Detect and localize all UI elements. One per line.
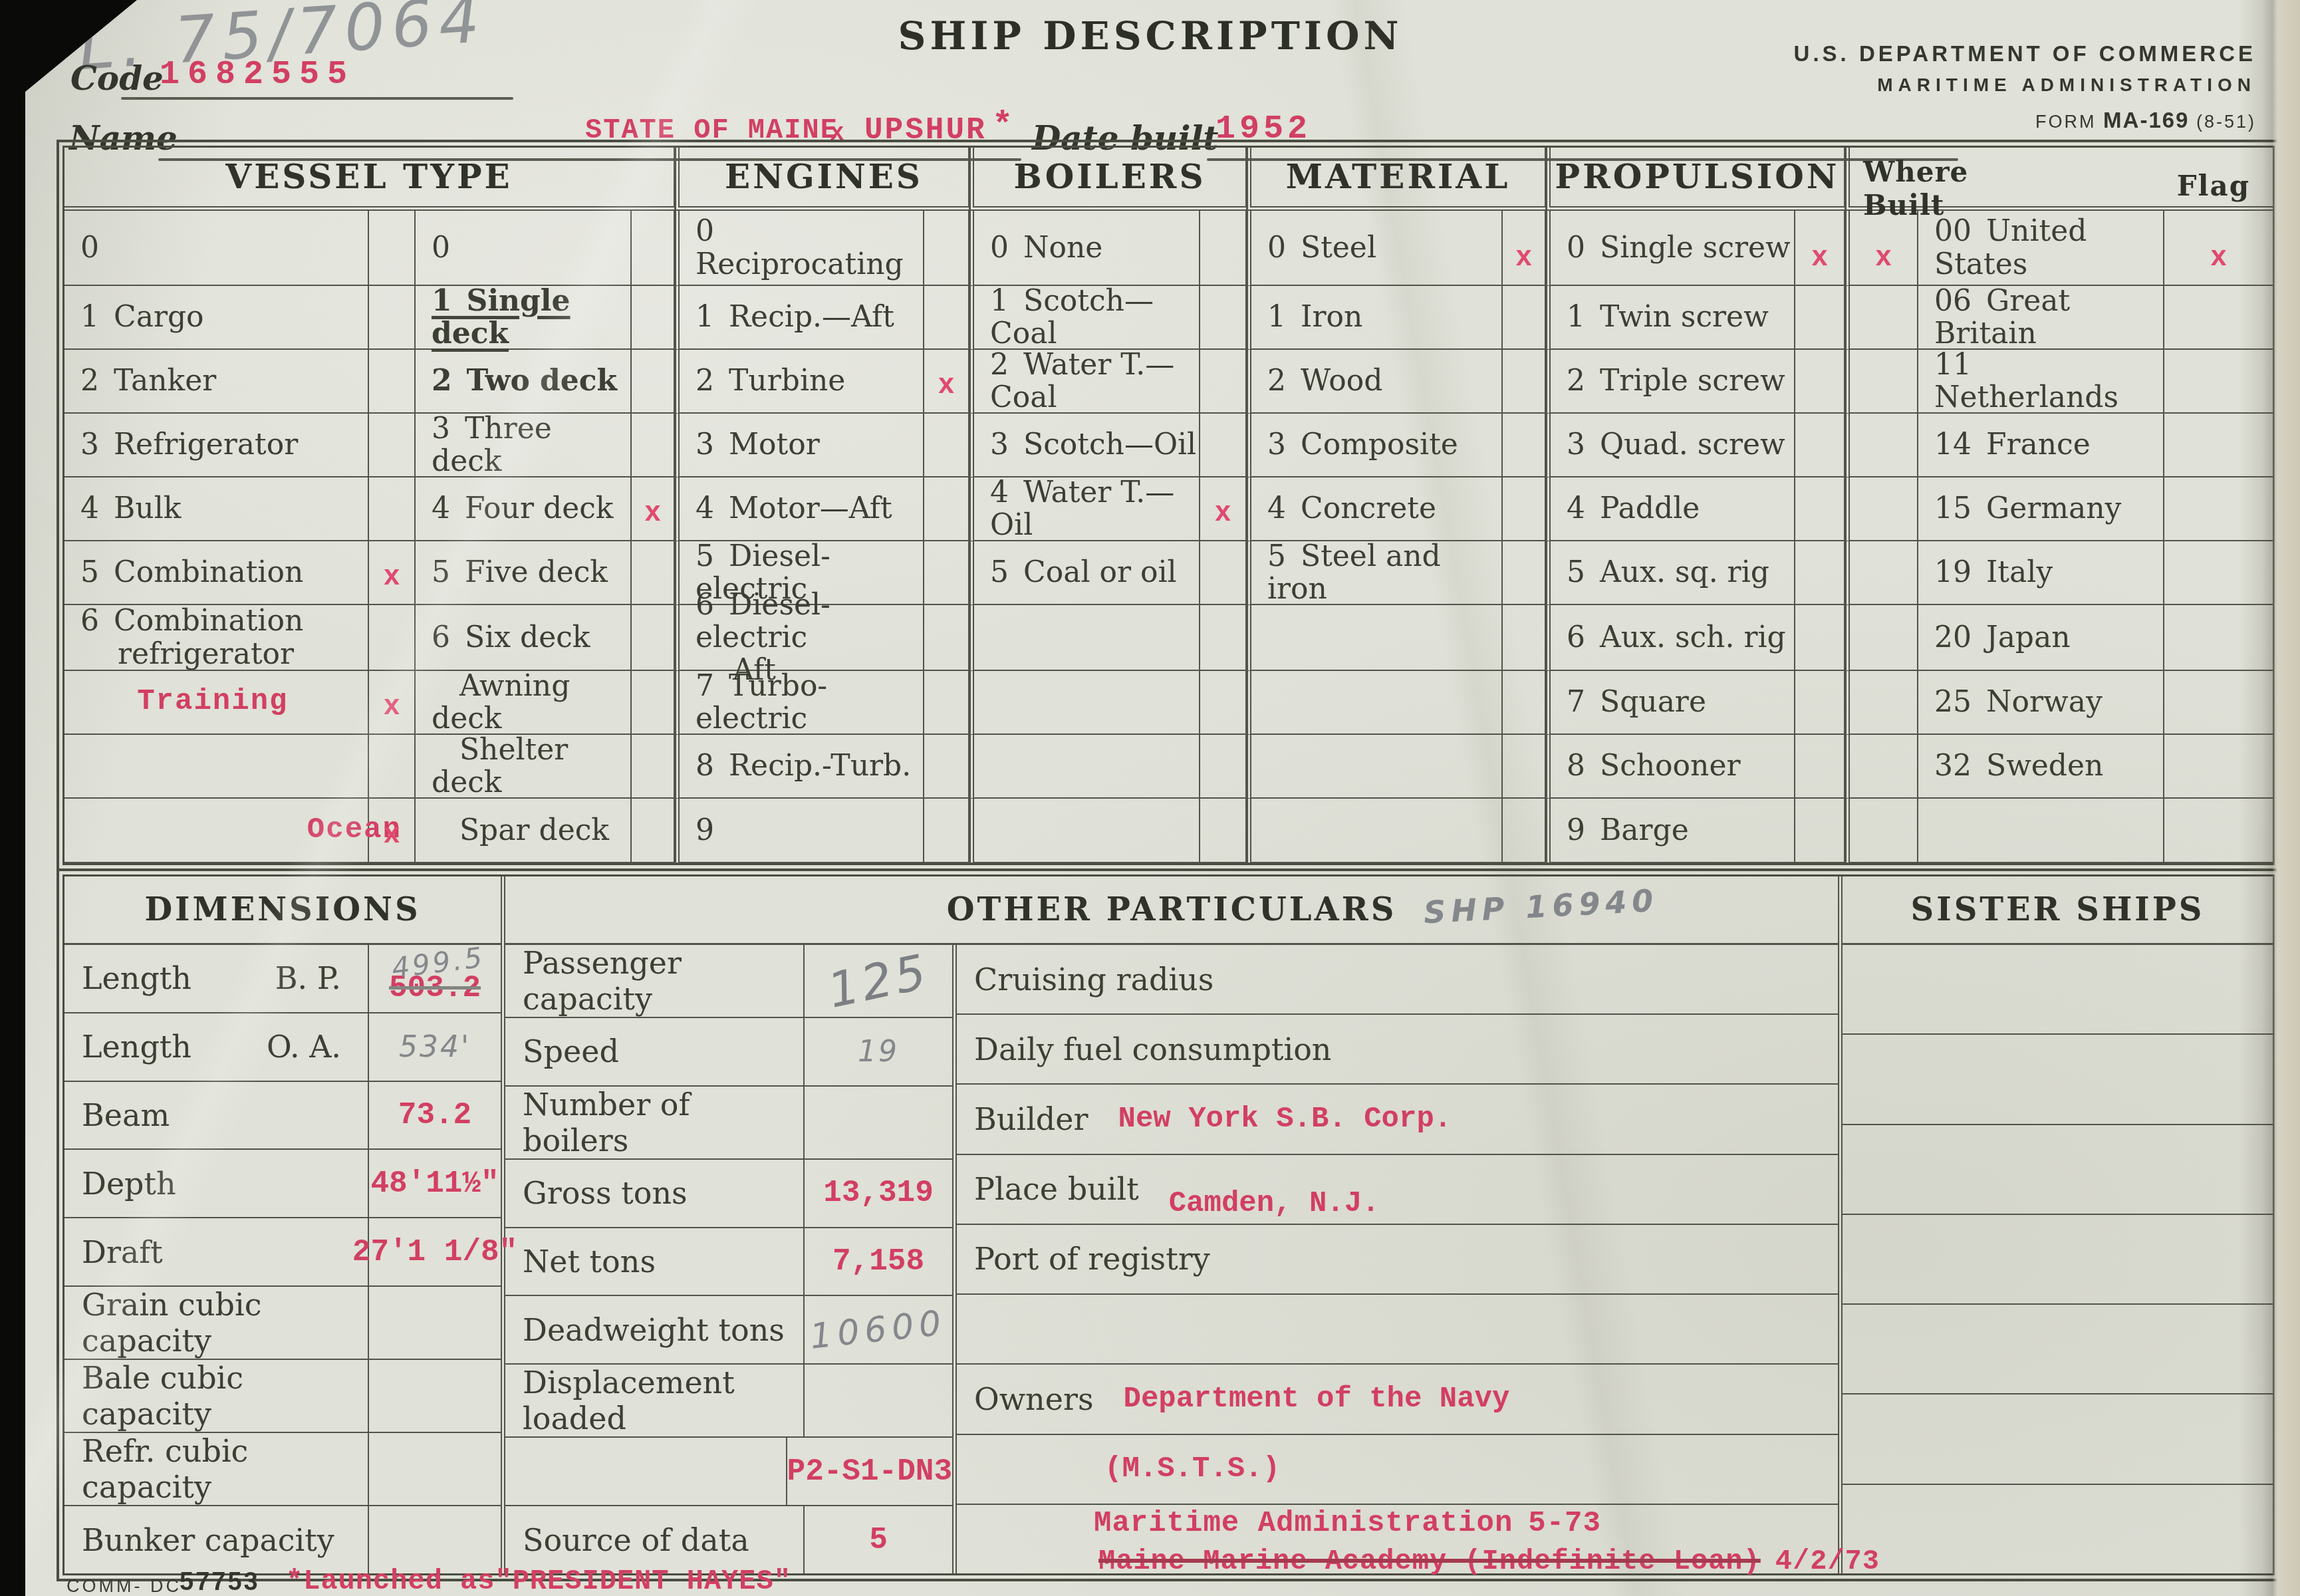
propulsion-type-cell: 3 Quad. screw bbox=[1546, 414, 1795, 477]
vessel-type-checkmark bbox=[369, 350, 416, 414]
dimension-label: Length bbox=[82, 960, 192, 996]
form-number-line: FORM MA-169 (8-51) bbox=[1794, 108, 2256, 133]
right-particular-label: Cruising radius bbox=[974, 962, 1214, 997]
vessel-type-checkmark bbox=[369, 211, 416, 286]
right-particulars-row: Place built Camden, N.J. bbox=[957, 1155, 1838, 1225]
form-content: L. 75/7064 SHIP DESCRIPTION U.S. DEPARTM… bbox=[25, 0, 2300, 1596]
where-built-checkmark bbox=[1845, 671, 1918, 735]
where-built-checkmark bbox=[1845, 286, 1918, 350]
dimension-value-cell bbox=[369, 1287, 501, 1359]
form-number: MA-169 bbox=[2103, 108, 2189, 132]
material-type-cell bbox=[1247, 605, 1503, 671]
dimension-label: Length bbox=[82, 1029, 192, 1065]
right-typed-value: Camden, N.J. bbox=[1169, 1187, 1380, 1220]
mid-particulars-row: P2-S1-DN3 bbox=[505, 1438, 952, 1506]
right-typed-value: New York S.B. Corp. bbox=[1118, 1103, 1452, 1136]
vessel-type-cell bbox=[64, 735, 369, 799]
dimensions-row: Refr. cubic capacity bbox=[64, 1433, 501, 1506]
engine-checkmark bbox=[924, 286, 969, 350]
material-checkmark bbox=[1503, 541, 1546, 605]
col-header-engines: ENGINES bbox=[675, 148, 969, 211]
sister-ship-row bbox=[1843, 1305, 2273, 1395]
col-header-propulsion: PROPULSION bbox=[1546, 148, 1845, 211]
vessel-type-checkmark: x bbox=[369, 541, 416, 605]
sister-ship-row bbox=[1843, 1215, 2273, 1305]
sister-ship-row bbox=[1843, 1125, 2273, 1215]
mid-particulars-row: Gross tons 13,319 bbox=[505, 1160, 952, 1228]
engine-checkmark bbox=[924, 414, 969, 477]
mid-particular-label: Source of data bbox=[505, 1506, 805, 1573]
mid-particular-value-cell: 7,158 bbox=[805, 1228, 952, 1295]
mid-particular-value-cell bbox=[805, 1087, 952, 1158]
boiler-checkmark: x bbox=[1200, 477, 1247, 541]
vessel-table-grid: VESSEL TYPE ENGINES BOILERS MATERIAL PRO… bbox=[63, 146, 2275, 865]
where-built-checkmark bbox=[1845, 605, 1918, 671]
mid-pencil-value: 125 bbox=[823, 943, 934, 1019]
flag-country-cell: 14 France bbox=[1918, 414, 2164, 477]
col-header-vessel-type: VESSEL TYPE bbox=[64, 148, 675, 211]
code-label: Code bbox=[70, 59, 164, 98]
form-label: FORM bbox=[2035, 112, 2096, 132]
where-built-checkmark bbox=[1845, 541, 1918, 605]
mid-pencil-value: 19 bbox=[858, 1035, 899, 1069]
page-title: SHIP DESCRIPTION bbox=[884, 13, 1416, 59]
material-checkmark bbox=[1503, 286, 1546, 350]
engine-type-cell: 2 Turbine bbox=[675, 350, 924, 414]
mid-typed-value: 7,158 bbox=[832, 1244, 924, 1279]
mid-particulars-row: Source of data 5 bbox=[505, 1506, 952, 1573]
engine-type-cell: 8 Recip.-Turb. bbox=[675, 735, 924, 799]
deck-type-checkmark bbox=[632, 286, 675, 350]
vessel-type-checkmark bbox=[369, 286, 416, 350]
engine-type-cell: 1 Recip.—Aft bbox=[675, 286, 924, 350]
mid-typed-value: 13,319 bbox=[823, 1176, 934, 1210]
right-typed-value: (M.S.T.S.) bbox=[1104, 1452, 1280, 1486]
boiler-type-cell bbox=[969, 735, 1200, 799]
deck-type-checkmark bbox=[632, 799, 675, 863]
flag-country-cell: 15 Germany bbox=[1918, 477, 2164, 541]
material-type-cell bbox=[1247, 799, 1503, 863]
flag-country-cell: 32 Sweden bbox=[1918, 735, 2164, 799]
dimension-label-cell: Depth bbox=[64, 1150, 369, 1217]
dimension-label-cell: Beam bbox=[64, 1082, 369, 1149]
mid-particular-label: Net tons bbox=[505, 1228, 805, 1295]
sister-ship-row bbox=[1843, 945, 2273, 1035]
maine-marine-academy-stamp: Maine Marine Academy (Indefinite Loan) 4… bbox=[1098, 1545, 1880, 1577]
deck-type-cell: 1 Single deck bbox=[416, 286, 632, 350]
dimensions-title: DIMENSIONS bbox=[64, 876, 501, 945]
dimension-value-cell bbox=[369, 1506, 501, 1573]
agency-line2: MARITIME ADMINISTRATION bbox=[1794, 74, 2256, 96]
dimensions-row: Draft 27'1 1/8" bbox=[64, 1218, 501, 1287]
dimension-label-cell: Bale cubic capacity bbox=[64, 1360, 369, 1432]
launched-as-footnote: *Launched as"PRESIDENT HAYES" bbox=[286, 1565, 791, 1596]
deck-type-cell: Shelter deck bbox=[416, 735, 632, 799]
mid-particulars-row: Displacement loaded bbox=[505, 1365, 952, 1438]
flag-country-cell: 11 Netherlands bbox=[1918, 350, 2164, 414]
boiler-type-cell: 3 Scotch—Oil bbox=[969, 414, 1200, 477]
material-checkmark bbox=[1503, 605, 1546, 671]
dimensions-row: Length B. P. 499.5 503.2 bbox=[64, 945, 501, 1013]
material-checkmark bbox=[1503, 799, 1546, 863]
maritime-administration-stamp: Maritime Administration 5-73 bbox=[1094, 1507, 1601, 1540]
sister-ship-row bbox=[1843, 1035, 2273, 1125]
deck-type-checkmark bbox=[632, 414, 675, 477]
dimension-value-cell bbox=[369, 1360, 501, 1432]
where-built-checkmark bbox=[1845, 477, 1918, 541]
propulsion-checkmark bbox=[1795, 414, 1845, 477]
vessel-type-cell: 1 Cargo bbox=[64, 286, 369, 350]
propulsion-type-cell: 9 Barge bbox=[1546, 799, 1795, 863]
engine-checkmark bbox=[924, 799, 969, 863]
dimension-label-cell: Length O. A. bbox=[64, 1013, 369, 1081]
right-particular-label: Builder bbox=[974, 1101, 1088, 1137]
agency-line1: U.S. DEPARTMENT OF COMMERCE bbox=[1794, 41, 2256, 66]
mid-particulars-row: Passenger capacity 125 bbox=[505, 945, 952, 1018]
mid-particular-value-cell: 10600 bbox=[805, 1296, 952, 1363]
propulsion-type-cell: 0 Single screw bbox=[1546, 211, 1795, 286]
col-header-boilers: BOILERS bbox=[969, 148, 1247, 211]
boiler-checkmark bbox=[1200, 414, 1247, 477]
dimension-label: Grain cubic capacity bbox=[82, 1287, 341, 1359]
mid-particulars-row: Number of boilers bbox=[505, 1087, 952, 1160]
right-particular-label: Owners bbox=[974, 1381, 1094, 1417]
other-particulars-header: OTHER PARTICULARS SHP 16940 bbox=[505, 876, 1838, 945]
sister-ships-panel: SISTER SHIPS bbox=[1838, 876, 2273, 1573]
dimension-value-cell: 27'1 1/8" bbox=[369, 1218, 501, 1285]
deck-type-cell: 2 Two deck bbox=[416, 350, 632, 414]
vessel-type-checkmark: x bbox=[369, 671, 416, 735]
shp-pencil-note: SHP 16940 bbox=[1422, 882, 1659, 930]
dimension-value-cell: 48'11½" bbox=[369, 1150, 501, 1217]
boiler-type-cell bbox=[969, 799, 1200, 863]
dimension-label: Beam bbox=[82, 1097, 170, 1133]
where-built-checkmark bbox=[1845, 735, 1918, 799]
boiler-type-cell: 4 Water T.—Oil bbox=[969, 477, 1200, 541]
vessel-type-cell: 5 Combination bbox=[64, 541, 369, 605]
where-built-checkmark bbox=[1845, 350, 1918, 414]
flag-country-cell: 25 Norway bbox=[1918, 671, 2164, 735]
right-typed-value: Department of the Navy bbox=[1124, 1383, 1510, 1416]
sister-ships-title: SISTER SHIPS bbox=[1843, 876, 2273, 945]
engine-checkmark bbox=[924, 211, 969, 286]
dimension-label-cell: Length B. P. bbox=[64, 945, 369, 1012]
vessel-type-cell: 6 Combination refrigerator bbox=[64, 605, 369, 671]
dimension-value-cell: 73.2 bbox=[369, 1082, 501, 1149]
right-particulars-column: Cruising radius Daily fuel consumption bbox=[952, 945, 1838, 1573]
boiler-type-cell bbox=[969, 671, 1200, 735]
flag-country-cell: 19 Italy bbox=[1918, 541, 2164, 605]
dimension-label: Bale cubic capacity bbox=[82, 1360, 341, 1432]
material-type-cell bbox=[1247, 735, 1503, 799]
right-particulars-row: Port of registry bbox=[957, 1225, 1838, 1295]
dimension-label: Depth bbox=[82, 1166, 176, 1202]
propulsion-type-cell: 6 Aux. sch. rig bbox=[1546, 605, 1795, 671]
print-number: 57753 bbox=[180, 1568, 260, 1596]
mid-particular-label: Passenger capacity bbox=[505, 945, 805, 1017]
deck-type-cell: Awning deck bbox=[416, 671, 632, 735]
deck-type-cell: 0 bbox=[416, 211, 632, 286]
mid-pencil-value: 10600 bbox=[809, 1303, 949, 1357]
vessel-type-cell: Ocean bbox=[64, 799, 369, 863]
mid-particular-label: Displacement loaded bbox=[505, 1365, 805, 1436]
material-checkmark bbox=[1503, 735, 1546, 799]
deck-type-checkmark bbox=[632, 671, 675, 735]
vessel-type-checkmark bbox=[369, 477, 416, 541]
deck-type-checkmark bbox=[632, 211, 675, 286]
right-particulars-row: Cruising radius bbox=[957, 945, 1838, 1015]
col-header-material: MATERIAL bbox=[1247, 148, 1546, 211]
col-header-where-built-flag: Where Built Flag bbox=[1845, 148, 2273, 211]
propulsion-checkmark bbox=[1795, 350, 1845, 414]
mid-typed-value: 5 bbox=[869, 1523, 888, 1557]
propulsion-checkmark bbox=[1795, 735, 1845, 799]
particulars-table: DIMENSIONS Length B. P. 499.5 bbox=[57, 868, 2281, 1581]
boiler-checkmark bbox=[1200, 350, 1247, 414]
dimension-sublabel: O. A. bbox=[267, 1029, 341, 1065]
where-built-checkmark bbox=[1845, 799, 1918, 863]
dimension-label: Refr. cubic capacity bbox=[82, 1433, 341, 1505]
engine-type-cell: 3 Motor bbox=[675, 414, 924, 477]
material-checkmark: x bbox=[1503, 211, 1546, 286]
page-curl-edge bbox=[2239, 0, 2300, 1596]
vessel-classification-table: VESSEL TYPE ENGINES BOILERS MATERIAL PRO… bbox=[57, 140, 2281, 871]
other-particulars-panel: OTHER PARTICULARS SHP 16940 Passenger ca… bbox=[505, 876, 1838, 1573]
deck-type-cell: Spar deck bbox=[416, 799, 632, 863]
dimension-pencil-value: 534' bbox=[399, 1030, 471, 1064]
material-type-cell: 5 Steel and iron bbox=[1247, 541, 1503, 605]
mid-particular-label: Deadweight tons bbox=[505, 1296, 805, 1363]
propulsion-type-cell: 5 Aux. sq. rig bbox=[1546, 541, 1795, 605]
dimension-label-cell: Bunker capacity bbox=[64, 1506, 369, 1573]
dimension-label: Bunker capacity bbox=[82, 1522, 334, 1558]
dimensions-row: Depth 48'11½" bbox=[64, 1150, 501, 1218]
propulsion-checkmark bbox=[1795, 286, 1845, 350]
deck-type-checkmark bbox=[632, 541, 675, 605]
material-checkmark bbox=[1503, 671, 1546, 735]
engine-checkmark bbox=[924, 735, 969, 799]
deck-type-cell: 4 Four deck bbox=[416, 477, 632, 541]
flag-country-cell: 20 Japan bbox=[1918, 605, 2164, 671]
struck-loan-text: Maine Marine Academy (Indefinite Loan) bbox=[1098, 1545, 1761, 1577]
deck-type-checkmark bbox=[632, 350, 675, 414]
engine-type-cell: 4 Motor—Aft bbox=[675, 477, 924, 541]
propulsion-checkmark bbox=[1795, 799, 1845, 863]
propulsion-type-cell: 2 Triple screw bbox=[1546, 350, 1795, 414]
sister-ship-row bbox=[1843, 1485, 2273, 1573]
flag-country-cell: 00 United States bbox=[1918, 211, 2164, 286]
engine-type-cell: 9 bbox=[675, 799, 924, 863]
mid-particular-value-cell: 5 bbox=[805, 1506, 952, 1573]
dimensions-row: Grain cubic capacity bbox=[64, 1287, 501, 1360]
dimensions-row: Bale cubic capacity bbox=[64, 1360, 501, 1433]
propulsion-type-cell: 4 Paddle bbox=[1546, 477, 1795, 541]
boiler-checkmark bbox=[1200, 541, 1247, 605]
boiler-type-cell bbox=[969, 605, 1200, 671]
dimension-typed-value: 27'1 1/8" bbox=[352, 1235, 517, 1269]
engine-checkmark: x bbox=[924, 350, 969, 414]
flag-country-cell: 06 Great Britain bbox=[1918, 286, 2164, 350]
dimension-label-cell: Refr. cubic capacity bbox=[64, 1433, 369, 1505]
mid-particular-value-cell: 125 bbox=[805, 945, 952, 1017]
propulsion-type-cell: 1 Twin screw bbox=[1546, 286, 1795, 350]
sister-ship-row bbox=[1843, 1395, 2273, 1484]
dimension-label: Draft bbox=[82, 1234, 163, 1270]
engine-checkmark bbox=[924, 671, 969, 735]
boiler-type-cell: 2 Water T.—Coal bbox=[969, 350, 1200, 414]
propulsion-checkmark: x bbox=[1795, 211, 1845, 286]
dimension-typed-value: 48'11½" bbox=[370, 1166, 499, 1201]
right-particular-label: Place built bbox=[974, 1171, 1139, 1207]
dimension-label-cell: Grain cubic capacity bbox=[64, 1287, 369, 1359]
other-particulars-body: Passenger capacity 125 Speed bbox=[505, 945, 1838, 1573]
mid-typed-value: P2-S1-DN3 bbox=[787, 1454, 952, 1489]
material-type-cell: 4 Concrete bbox=[1247, 477, 1503, 541]
engine-type-cell: 6 Diesel-electric Aft bbox=[675, 605, 924, 671]
agency-block: U.S. DEPARTMENT OF COMMERCE MARITIME ADM… bbox=[1794, 41, 2256, 133]
material-checkmark bbox=[1503, 414, 1546, 477]
mid-particular-label bbox=[505, 1438, 787, 1505]
deck-type-checkmark bbox=[632, 605, 675, 671]
material-checkmark bbox=[1503, 350, 1546, 414]
particulars-grid: DIMENSIONS Length B. P. 499.5 bbox=[63, 874, 2275, 1575]
where-built-checkmark: x bbox=[1845, 211, 1918, 286]
right-particular-label: Port of registry bbox=[974, 1241, 1210, 1277]
material-checkmark bbox=[1503, 477, 1546, 541]
propulsion-checkmark bbox=[1795, 605, 1845, 671]
comm-dc-code: COMM- DC bbox=[66, 1576, 182, 1596]
boiler-checkmark bbox=[1200, 671, 1247, 735]
mid-particular-value-cell: P2-S1-DN3 bbox=[787, 1438, 952, 1505]
mid-particular-label: Gross tons bbox=[505, 1160, 805, 1227]
dimension-value-cell bbox=[369, 1433, 501, 1505]
material-type-cell: 2 Wood bbox=[1247, 350, 1503, 414]
other-particulars-title: OTHER PARTICULARS bbox=[947, 891, 1397, 928]
dimensions-row: Length O. A. 534' bbox=[64, 1013, 501, 1082]
mid-particular-label: Speed bbox=[505, 1018, 805, 1085]
material-type-cell: 1 Iron bbox=[1247, 286, 1503, 350]
propulsion-type-cell: 7 Square bbox=[1546, 671, 1795, 735]
boiler-checkmark bbox=[1200, 735, 1247, 799]
vessel-type-cell: 4 Bulk bbox=[64, 477, 369, 541]
mid-particular-value-cell bbox=[805, 1365, 952, 1436]
deck-type-checkmark: x bbox=[632, 477, 675, 541]
deck-type-cell: 6 Six deck bbox=[416, 605, 632, 671]
vessel-type-cell: 3 Refrigerator bbox=[64, 414, 369, 477]
right-particular-label: Daily fuel consumption bbox=[974, 1031, 1331, 1067]
vessel-type-cell: 2 Tanker bbox=[64, 350, 369, 414]
dimensions-row: Bunker capacity bbox=[64, 1506, 501, 1573]
engine-checkmark bbox=[924, 605, 969, 671]
boiler-checkmark bbox=[1200, 605, 1247, 671]
right-particulars-row bbox=[957, 1295, 1838, 1365]
mid-particulars-column: Passenger capacity 125 Speed bbox=[505, 945, 952, 1573]
deck-type-cell: 5 Five deck bbox=[416, 541, 632, 605]
right-particulars-row: Daily fuel consumption bbox=[957, 1015, 1838, 1085]
right-particulars-row: (M.S.T.S.) bbox=[957, 1435, 1838, 1505]
material-type-cell: 0 Steel bbox=[1247, 211, 1503, 286]
propulsion-type-cell: 8 Schooner bbox=[1546, 735, 1795, 799]
dimension-sublabel: B. P. bbox=[275, 960, 341, 996]
dimensions-row: Beam 73.2 bbox=[64, 1082, 501, 1150]
dimension-value-cell: 534' bbox=[369, 1013, 501, 1081]
engine-checkmark bbox=[924, 541, 969, 605]
code-value: 1682555 bbox=[160, 56, 355, 94]
mid-particulars-row: Speed 19 bbox=[505, 1018, 952, 1087]
where-built-checkmark bbox=[1845, 414, 1918, 477]
engine-type-cell: 0 Reciprocating bbox=[675, 211, 924, 286]
mid-particulars-row: Deadweight tons 10600 bbox=[505, 1296, 952, 1365]
deck-type-checkmark bbox=[632, 735, 675, 799]
mid-particular-label: Number of boilers bbox=[505, 1087, 805, 1158]
vessel-type-checkmark bbox=[369, 735, 416, 799]
vessel-type-checkmark: x bbox=[369, 799, 416, 863]
right-particulars-row: Owners Department of the Navy bbox=[957, 1365, 1838, 1434]
loan-date: 4/2/73 bbox=[1761, 1545, 1880, 1577]
mid-particular-value-cell: 13,319 bbox=[805, 1160, 952, 1227]
boiler-type-cell: 1 Scotch—Coal bbox=[969, 286, 1200, 350]
propulsion-checkmark bbox=[1795, 671, 1845, 735]
dimension-value-cell: 499.5 503.2 bbox=[369, 945, 501, 1012]
boiler-type-cell: 5 Coal or oil bbox=[969, 541, 1200, 605]
engine-type-cell: 7 Turbo-electric bbox=[675, 671, 924, 735]
flag-country-cell bbox=[1918, 799, 2164, 863]
code-underline bbox=[121, 97, 513, 100]
mid-particular-value-cell: 19 bbox=[805, 1018, 952, 1085]
boiler-type-cell: 0 None bbox=[969, 211, 1200, 286]
material-type-cell bbox=[1247, 671, 1503, 735]
vessel-type-cell: Training bbox=[64, 671, 369, 735]
boiler-checkmark bbox=[1200, 799, 1247, 863]
mid-particulars-row: Net tons 7,158 bbox=[505, 1228, 952, 1297]
scanned-ship-description-form: L. 75/7064 SHIP DESCRIPTION U.S. DEPARTM… bbox=[25, 0, 2300, 1596]
deck-type-cell: 3 Three deck bbox=[416, 414, 632, 477]
material-type-cell: 3 Composite bbox=[1247, 414, 1503, 477]
dimension-label-cell: Draft bbox=[64, 1218, 369, 1285]
dimensions-panel: DIMENSIONS Length B. P. 499.5 bbox=[64, 876, 505, 1573]
vessel-type-checkmark bbox=[369, 414, 416, 477]
vessel-type-checkmark bbox=[369, 605, 416, 671]
dimension-typed-value: 73.2 bbox=[398, 1098, 471, 1132]
boiler-checkmark bbox=[1200, 211, 1247, 286]
dimensions-rows: Length B. P. 499.5 503.2 bbox=[64, 945, 501, 1573]
boiler-checkmark bbox=[1200, 286, 1247, 350]
engine-checkmark bbox=[924, 477, 969, 541]
propulsion-checkmark bbox=[1795, 477, 1845, 541]
vessel-type-cell: 0 bbox=[64, 211, 369, 286]
right-particulars-row: Builder New York S.B. Corp. bbox=[957, 1085, 1838, 1154]
propulsion-checkmark bbox=[1795, 541, 1845, 605]
